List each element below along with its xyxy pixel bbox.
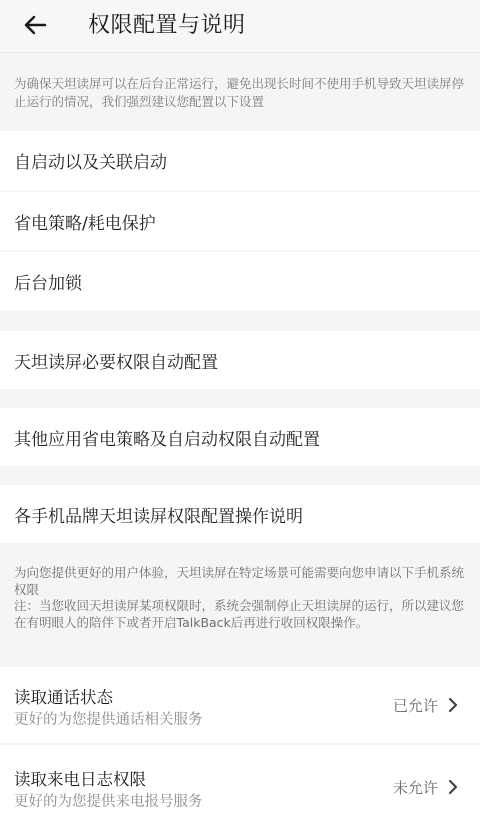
permission-status: 未允许 (393, 777, 438, 798)
permission-title: 读取来电日志权限 (14, 766, 146, 790)
setting-item-label: 自启动以及关联启动 (14, 148, 167, 173)
auto-config-other-apps[interactable]: 其他应用省电策略及自启动权限自动配置 (0, 408, 480, 466)
permissions-note: 为向您提供更好的用户体验，天坦读屏在特定场景可能需要向您申请以下手机系统权限 注… (0, 543, 480, 667)
chevron-right-icon (446, 779, 460, 795)
permission-status: 已允许 (393, 695, 438, 716)
permission-description: 更好的为您提供来电报号服务 (14, 790, 203, 811)
setting-item-label: 后台加锁 (14, 269, 82, 294)
setting-item-label: 省电策略/耗电保护 (14, 209, 156, 234)
setting-item-label: 天坦读屏必要权限自动配置 (14, 348, 218, 373)
note-intro-text: 为向您提供更好的用户体验，天坦读屏在特定场景可能需要向您申请以下手机系统权限 (14, 565, 466, 598)
app-header: 权限配置与说明 (0, 0, 480, 53)
setting-item-label: 其他应用省电策略及自启动权限自动配置 (14, 425, 320, 450)
setting-item-auto-start[interactable]: 自启动以及关联启动 (0, 131, 480, 190)
chevron-right-icon (446, 697, 460, 713)
note-warning-text: 注：当您收回天坦读屏某项权限时，系统会强制停止天坦读屏的运行，所以建议您在有明眼… (14, 598, 466, 631)
setting-item-power-saving[interactable]: 省电策略/耗电保护 (0, 192, 480, 250)
setting-item-label: 各手机品牌天坦读屏权限配置操作说明 (14, 502, 303, 527)
arrow-left-icon (23, 15, 47, 35)
permission-row-call-log[interactable]: 读取来电日志权限 更好的为您提供来电报号服务 未允许 (0, 745, 480, 813)
back-button[interactable] (18, 10, 52, 40)
permission-title: 读取通话状态 (14, 684, 113, 708)
page-title: 权限配置与说明 (88, 11, 246, 41)
brand-config-instructions[interactable]: 各手机品牌天坦读屏权限配置操作说明 (0, 485, 480, 543)
permission-description: 更好的为您提供通话相关服务 (14, 708, 203, 729)
auto-config-required-permissions[interactable]: 天坦读屏必要权限自动配置 (0, 331, 480, 389)
intro-description: 为确保天坦读屏可以在后台正常运行，避免出现长时间不使用手机导致天坦读屏停止运行的… (0, 54, 480, 131)
permission-row-call-state[interactable]: 读取通话状态 更好的为您提供通话相关服务 已允许 (0, 667, 480, 743)
setting-item-background-lock[interactable]: 后台加锁 (0, 252, 480, 310)
